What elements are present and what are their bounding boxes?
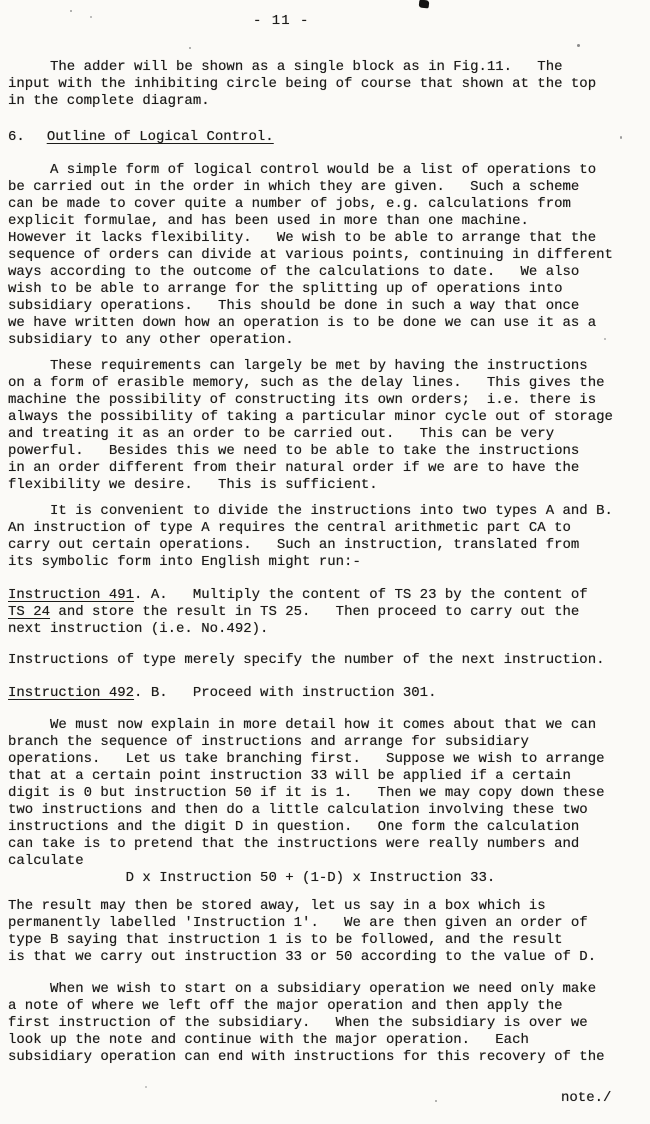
section-number: 6.	[8, 129, 25, 145]
paragraph-adder-block: The adder will be shown as a single bloc…	[8, 59, 596, 110]
instruction-491-ts24-label: TS 24	[8, 604, 50, 620]
ink-speck	[620, 136, 622, 139]
paragraph-logical-control: A simple form of logical control would b…	[8, 162, 613, 349]
ink-speck	[435, 1100, 437, 1102]
instruction-491-text-2: and store the result in TS 25. Then proc…	[8, 604, 579, 637]
instruction-491-paragraph: Instruction 491. A. Multiply the content…	[8, 587, 588, 638]
ink-blob	[419, 0, 430, 9]
type-b-note-line: Instructions of type merely specify the …	[8, 652, 605, 669]
paragraph-erasible-memory: These requirements can largely be met by…	[8, 358, 613, 494]
instruction-491-label: Instruction 491	[8, 587, 134, 603]
instruction-492-text: . B. Proceed with instruction 301.	[134, 685, 436, 701]
instruction-492-label: Instruction 492	[8, 685, 134, 701]
paragraph-instruction-types: It is convenient to divide the instructi…	[8, 503, 613, 571]
ink-speck	[189, 47, 191, 49]
catchword: note./	[561, 1090, 611, 1107]
ink-speck	[577, 44, 580, 47]
section-heading: 6.Outline of Logical Control.	[8, 129, 274, 146]
ink-speck	[90, 16, 92, 18]
ink-speck	[145, 1086, 147, 1088]
instruction-491-text-1: . A. Multiply the content of TS 23 by th…	[134, 587, 588, 603]
document-page: - 11 - The adder will be shown as a sing…	[0, 0, 650, 1124]
instruction-492-paragraph: Instruction 492. B. Proceed with instruc…	[8, 685, 436, 702]
page-number: - 11 -	[253, 13, 309, 30]
ink-speck	[70, 10, 72, 12]
section-title: Outline of Logical Control.	[47, 129, 274, 145]
paragraph-branching: We must now explain in more detail how i…	[8, 717, 605, 887]
paragraph-result-stored: The result may then be stored away, let …	[8, 898, 596, 966]
paragraph-subsidiary-recovery: When we wish to start on a subsidiary op…	[8, 981, 605, 1066]
